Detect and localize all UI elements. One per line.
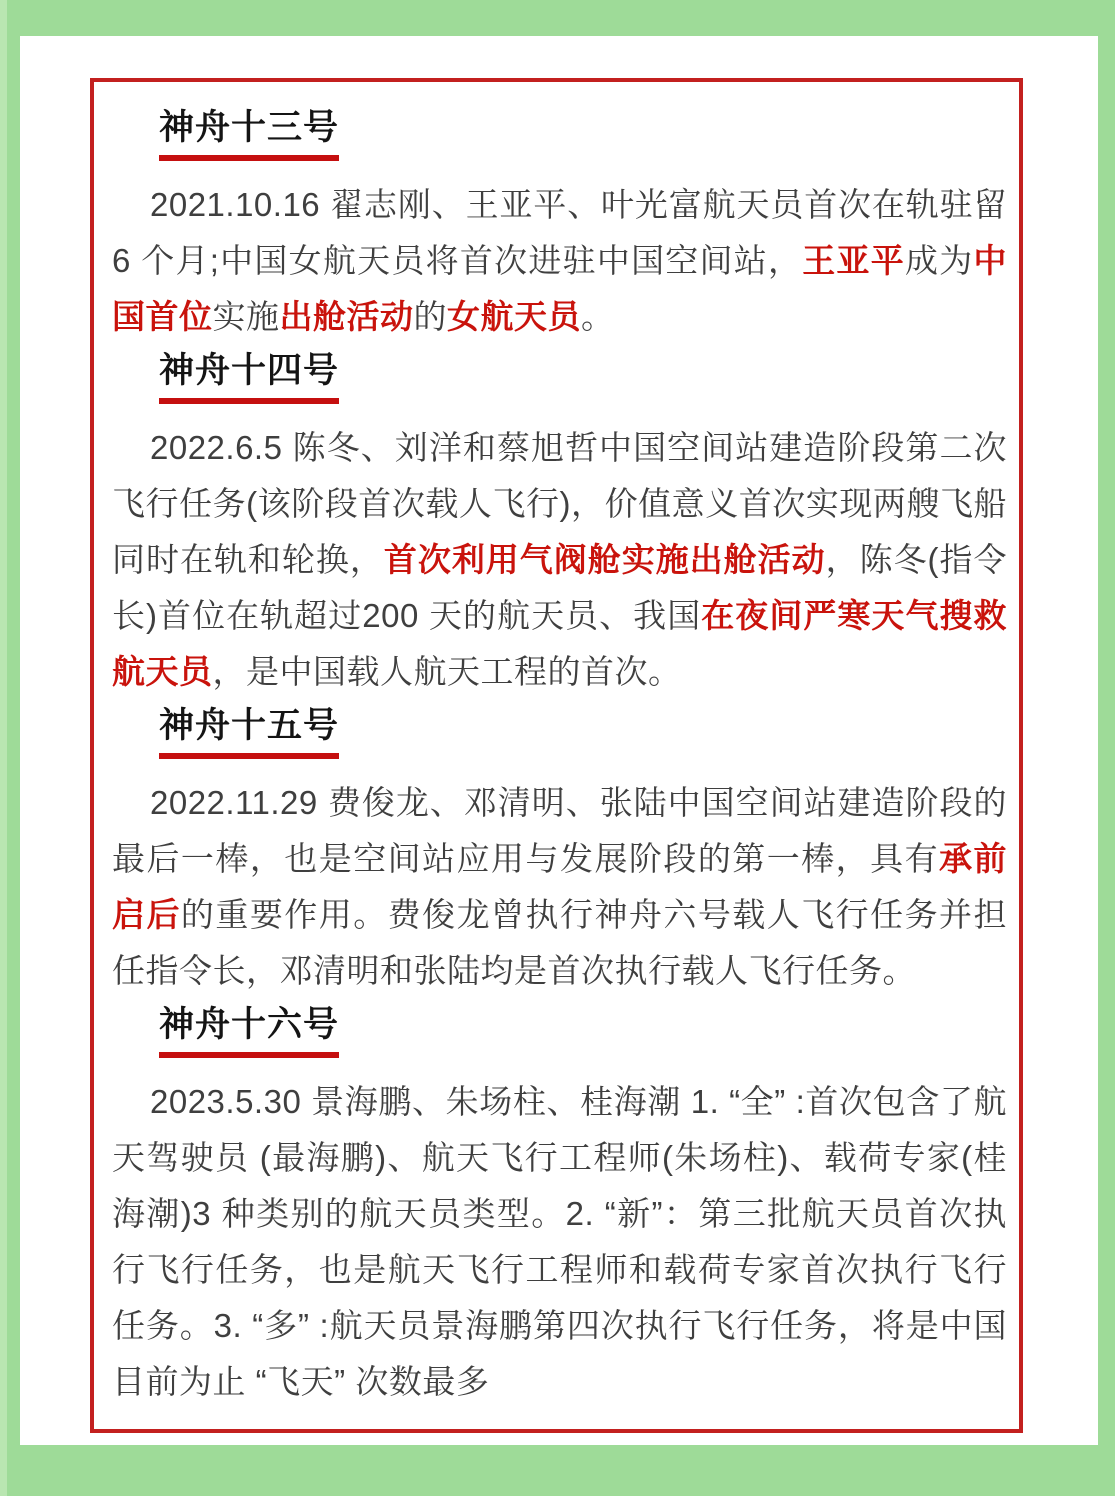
section-heading: 神舟十四号 xyxy=(159,349,1007,404)
section: 神舟十四号2022.6.5 陈冬、刘洋和蔡旭哲中国空间站建造阶段第二次飞行任务(… xyxy=(112,349,1007,700)
heading-text: 神舟十四号 xyxy=(159,349,339,404)
section: 神舟十三号2021.10.16 翟志刚、王亚平、叶光富航天员首次在轨驻留 6 个… xyxy=(112,106,1007,345)
text-run: 2023.5.30 景海鹏、朱场柱、桂海潮 1. “全” :首次包含了航天驾驶员… xyxy=(112,1083,1007,1400)
section-paragraph: 2022.6.5 陈冬、刘洋和蔡旭哲中国空间站建造阶段第二次飞行任务(该阶段首次… xyxy=(112,420,1007,700)
section-heading: 神舟十六号 xyxy=(159,1003,1007,1058)
text-run: ，是中国载人航天工程的首次。 xyxy=(213,653,682,690)
content-sheet: 神舟十三号2021.10.16 翟志刚、王亚平、叶光富航天员首次在轨驻留 6 个… xyxy=(20,36,1098,1445)
section-heading: 神舟十五号 xyxy=(159,704,1007,759)
highlight-run: 女航天员 xyxy=(447,298,581,335)
red-frame: 神舟十三号2021.10.16 翟志刚、王亚平、叶光富航天员首次在轨驻留 6 个… xyxy=(90,78,1023,1433)
text-run: 实施 xyxy=(213,298,280,335)
text-run: 。 xyxy=(581,298,615,335)
section-heading: 神舟十三号 xyxy=(159,106,1007,161)
text-run: 的重要作用。费俊龙曾执行神舟六号载人飞行任务并担任指令长，邓清明和张陆均是首次执… xyxy=(112,896,1007,989)
section: 神舟十五号2022.11.29 费俊龙、邓清明、张陆中国空间站建造阶段的最后一棒… xyxy=(112,704,1007,999)
heading-text: 神舟十六号 xyxy=(159,1003,339,1058)
section-paragraph: 2021.10.16 翟志刚、王亚平、叶光富航天员首次在轨驻留 6 个月;中国女… xyxy=(112,177,1007,345)
section-paragraph: 2022.11.29 费俊龙、邓清明、张陆中国空间站建造阶段的最后一棒，也是空间… xyxy=(112,775,1007,999)
article: 神舟十三号2021.10.16 翟志刚、王亚平、叶光富航天员首次在轨驻留 6 个… xyxy=(112,106,1007,1410)
section: 神舟十六号2023.5.30 景海鹏、朱场柱、桂海潮 1. “全” :首次包含了… xyxy=(112,1003,1007,1410)
heading-text: 神舟十三号 xyxy=(159,106,339,161)
page-background: { "page": { "background_color": "#9edb98… xyxy=(0,0,1115,1496)
highlight-run: 王亚平 xyxy=(802,242,905,279)
heading-text: 神舟十五号 xyxy=(159,704,339,759)
highlight-run: 出舱活动 xyxy=(280,298,414,335)
section-paragraph: 2023.5.30 景海鹏、朱场柱、桂海潮 1. “全” :首次包含了航天驾驶员… xyxy=(112,1074,1007,1410)
text-run: 的 xyxy=(414,298,448,335)
page-edge-highlight xyxy=(0,0,7,1496)
text-run: 2022.11.29 费俊龙、邓清明、张陆中国空间站建造阶段的最后一棒，也是空间… xyxy=(112,784,1007,877)
highlight-run: 首次利用气阀舱实施出舱活动 xyxy=(384,541,826,578)
text-run: 成为 xyxy=(905,242,973,279)
